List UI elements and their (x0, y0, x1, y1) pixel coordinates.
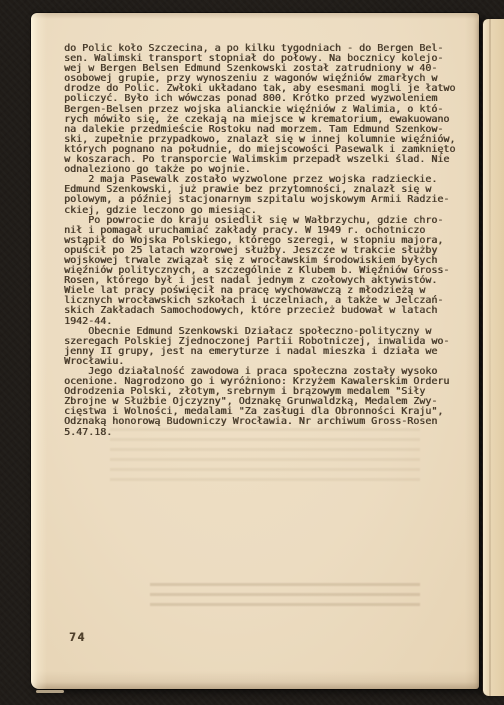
page-edge-sliver (36, 690, 64, 693)
page-number: 74 (69, 630, 86, 644)
page-text-block: do Polic koło Szczecina, a po kilku tygo… (64, 44, 464, 438)
text-line: polowym, a później stacjonarnym szpitalu… (64, 195, 464, 205)
book-page: do Polic koło Szczecina, a po kilku tygo… (31, 13, 479, 689)
next-page-edge (483, 19, 504, 696)
text-line: 5.47.18. (64, 428, 464, 438)
book-scan-background: do Polic koło Szczecina, a po kilku tygo… (0, 0, 504, 705)
text-line: jenny II grupy, jest na emeryturze i nad… (64, 347, 464, 357)
text-line: skich Zakładach Samochodowych, które prz… (64, 306, 464, 316)
text-line: Odznaką honorową Budowniczy Wrocławia. N… (64, 417, 464, 427)
